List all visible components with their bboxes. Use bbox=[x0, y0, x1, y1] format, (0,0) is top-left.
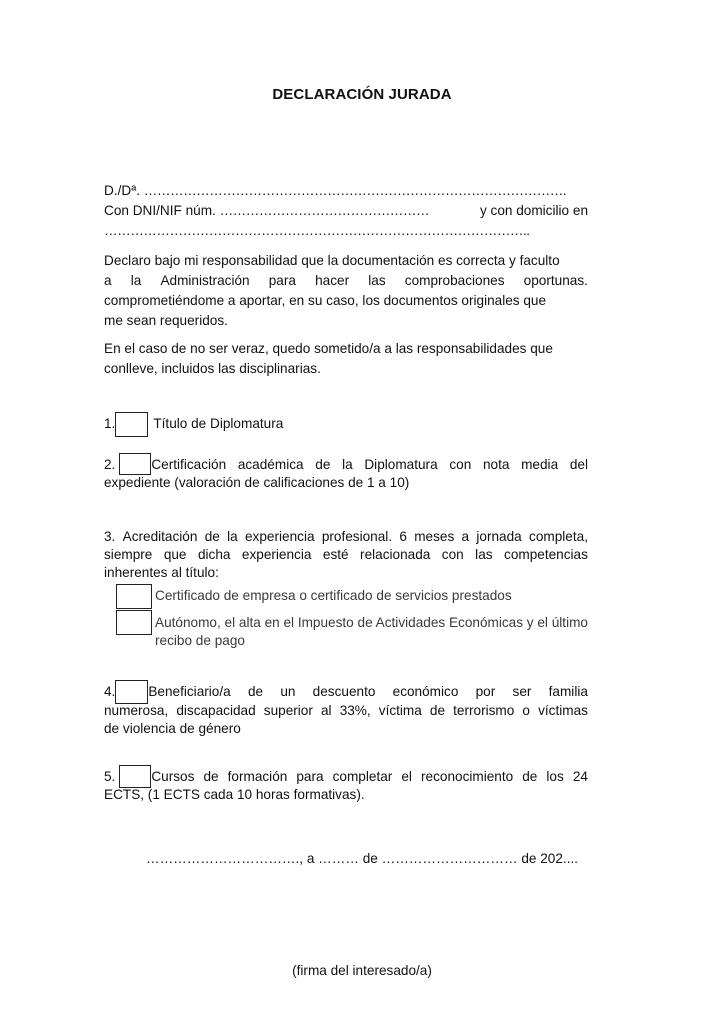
word: discapacidad bbox=[176, 702, 255, 720]
header-fields: D./Dª. …………………………………………………………………………………….… bbox=[104, 182, 588, 240]
item-5-checkbox[interactable] bbox=[119, 765, 151, 788]
word: a bbox=[462, 528, 470, 546]
word: completar bbox=[333, 768, 393, 786]
word: relacionada bbox=[360, 546, 430, 564]
item-1-checkbox[interactable] bbox=[115, 412, 148, 437]
word: reconocimiento bbox=[421, 768, 513, 786]
sub-item-certificado-checkbox[interactable] bbox=[116, 584, 152, 609]
word: con bbox=[442, 546, 464, 564]
paragraph-line: Declaro bajo mi responsabilidad que la d… bbox=[104, 252, 588, 270]
item-1: 1. Título de Diplomatura bbox=[104, 412, 588, 437]
item-4-text-first-line: Beneficiario/adeundescuentoeconómicopors… bbox=[148, 680, 588, 701]
declaration-paragraph: Declaro bajo mi responsabilidad que la d… bbox=[104, 252, 588, 330]
word: de bbox=[203, 768, 218, 786]
word: meses bbox=[414, 528, 454, 546]
item-3-sub-items: Certificado de empresa o certificado de … bbox=[116, 584, 590, 650]
word: experiencia bbox=[245, 528, 315, 546]
item-5: 5. Cursosdeformaciónparacompletarelrecon… bbox=[104, 765, 588, 804]
word: media bbox=[521, 456, 558, 474]
word: las bbox=[368, 272, 385, 290]
word: ser bbox=[513, 683, 532, 701]
word: completa, bbox=[529, 528, 588, 546]
domicilio-blank[interactable]: …………………………………………………………………………………….. bbox=[104, 222, 588, 240]
word: del bbox=[570, 456, 588, 474]
signature-label: (firma del interesado/a) bbox=[0, 962, 724, 980]
word: que bbox=[164, 546, 187, 564]
dni-blank[interactable]: ………………………………………… bbox=[220, 203, 430, 218]
word: económico bbox=[393, 683, 459, 701]
sub-item-text: Autónomo, el alta en el Impuesto de Acti… bbox=[155, 610, 590, 650]
paragraph-line: me sean requeridos. bbox=[104, 312, 588, 330]
word: a bbox=[104, 272, 112, 290]
document-title: DECLARACIÓN JURADA bbox=[0, 86, 724, 104]
name-label: D./Dª. bbox=[104, 183, 140, 198]
item-2-text-first-line: CertificaciónacadémicadelaDiplomaturacon… bbox=[151, 453, 588, 474]
word: por bbox=[476, 683, 496, 701]
word: 6 bbox=[399, 528, 407, 546]
item-3-line: siemprequedichaexperienciaestérelacionad… bbox=[104, 546, 588, 564]
domicilio-label: y con domicilio en bbox=[480, 202, 588, 220]
word: 24 bbox=[573, 768, 588, 786]
word: hacer bbox=[315, 272, 349, 290]
date-line[interactable]: ……………………………., a ……… de ………………………… de 202… bbox=[0, 850, 724, 868]
word: de bbox=[205, 528, 220, 546]
sub-item-autonomo: Autónomo, el alta en el Impuesto de Acti… bbox=[116, 610, 590, 650]
sub-item-certificado: Certificado de empresa o certificado de … bbox=[116, 584, 590, 609]
word: de bbox=[522, 768, 537, 786]
item-number: 2. bbox=[104, 453, 115, 474]
paragraph-line: En el caso de no ser veraz, quedo someti… bbox=[104, 340, 588, 358]
word: académica bbox=[238, 456, 304, 474]
dni-label: Con DNI/NIF núm. bbox=[104, 203, 216, 218]
word: Certificación bbox=[151, 456, 226, 474]
item-number: 4. bbox=[104, 680, 115, 701]
word: de bbox=[430, 702, 445, 720]
word: Beneficiario/a bbox=[148, 683, 230, 701]
word: para bbox=[269, 272, 296, 290]
paragraph-line: conlleve, incluidos las disciplinarias. bbox=[104, 360, 588, 378]
word: Administración bbox=[160, 272, 249, 290]
item-3: 3.Acreditacióndelaexperienciaprofesional… bbox=[104, 528, 588, 582]
word: comprobaciones bbox=[405, 272, 505, 290]
word: el bbox=[401, 768, 412, 786]
word: dicha bbox=[198, 546, 231, 564]
paragraph-line: comprometiéndome a aportar, en su caso, … bbox=[104, 292, 588, 310]
item-4-line: de violencia de género bbox=[104, 720, 588, 738]
word: esté bbox=[323, 546, 349, 564]
word: la bbox=[342, 456, 353, 474]
word: Diplomatura bbox=[364, 456, 437, 474]
item-2-checkbox[interactable] bbox=[119, 453, 151, 475]
word: 33%, bbox=[340, 702, 371, 720]
word: 3. bbox=[104, 528, 115, 546]
item-4-line: numerosa,discapacidadsuperioral33%,vícti… bbox=[104, 702, 588, 720]
word: oportunas. bbox=[524, 272, 588, 290]
item-5-text-first-line: Cursosdeformaciónparacompletarelreconoci… bbox=[151, 765, 588, 786]
word: descuento bbox=[313, 683, 376, 701]
word: competencias bbox=[504, 546, 588, 564]
paragraph-line: alaAdministraciónparahacerlascomprobacio… bbox=[104, 272, 588, 290]
document-page: DECLARACIÓN JURADA D./Dª. ……………………………………… bbox=[0, 0, 724, 1024]
word: experiencia bbox=[242, 546, 312, 564]
word: formación bbox=[228, 768, 288, 786]
word: de bbox=[315, 456, 330, 474]
word: al bbox=[321, 702, 332, 720]
item-number: 5. bbox=[104, 765, 115, 786]
word: superior bbox=[264, 702, 313, 720]
sub-item-text: Certificado de empresa o certificado de … bbox=[155, 584, 512, 605]
word: nota bbox=[483, 456, 509, 474]
word: de bbox=[248, 683, 263, 701]
responsibility-paragraph: En el caso de no ser veraz, quedo someti… bbox=[104, 340, 588, 378]
word: profesional. bbox=[322, 528, 392, 546]
word: la bbox=[131, 272, 142, 290]
word: terrorismo bbox=[453, 702, 514, 720]
item-2-text-rest: expediente (valoración de calificaciones… bbox=[104, 474, 588, 492]
word: un bbox=[280, 683, 295, 701]
word: Acreditación bbox=[123, 528, 198, 546]
item-5-text-rest: ECTS, (1 ECTS cada 10 horas formativas). bbox=[104, 786, 588, 804]
item-3-line: inherentes al título: bbox=[104, 564, 588, 582]
item-number: 1. bbox=[104, 412, 115, 433]
item-2: 2. CertificaciónacadémicadelaDiplomatura… bbox=[104, 453, 588, 492]
word: los bbox=[546, 768, 563, 786]
name-blank[interactable]: ……………………………………………………………………………………. bbox=[144, 183, 566, 198]
word: jornada bbox=[476, 528, 521, 546]
word: para bbox=[296, 768, 323, 786]
word: o bbox=[522, 702, 530, 720]
dni-field-line[interactable]: Con DNI/NIF núm. ………………………………………… y con … bbox=[104, 202, 588, 220]
item-3-line: 3.Acreditacióndelaexperienciaprofesional… bbox=[104, 528, 588, 546]
name-field-line[interactable]: D./Dª. ……………………………………………………………………………………. bbox=[104, 182, 588, 200]
item-4: 4. Beneficiario/adeundescuentoeconómicop… bbox=[104, 680, 588, 738]
word: las bbox=[475, 546, 492, 564]
paragraph-line-text: Declaro bajo mi responsabilidad que la d… bbox=[104, 252, 560, 270]
word: víctimas bbox=[538, 702, 588, 720]
word: con bbox=[449, 456, 471, 474]
item-4-checkbox[interactable] bbox=[115, 680, 148, 704]
word: siempre bbox=[104, 546, 152, 564]
sub-item-autonomo-checkbox[interactable] bbox=[116, 610, 152, 635]
word: Cursos bbox=[151, 768, 194, 786]
word: víctima bbox=[379, 702, 422, 720]
word: familia bbox=[549, 683, 588, 701]
word: numerosa, bbox=[104, 702, 168, 720]
item-1-text: Título de Diplomatura bbox=[153, 412, 283, 433]
word: la bbox=[227, 528, 238, 546]
